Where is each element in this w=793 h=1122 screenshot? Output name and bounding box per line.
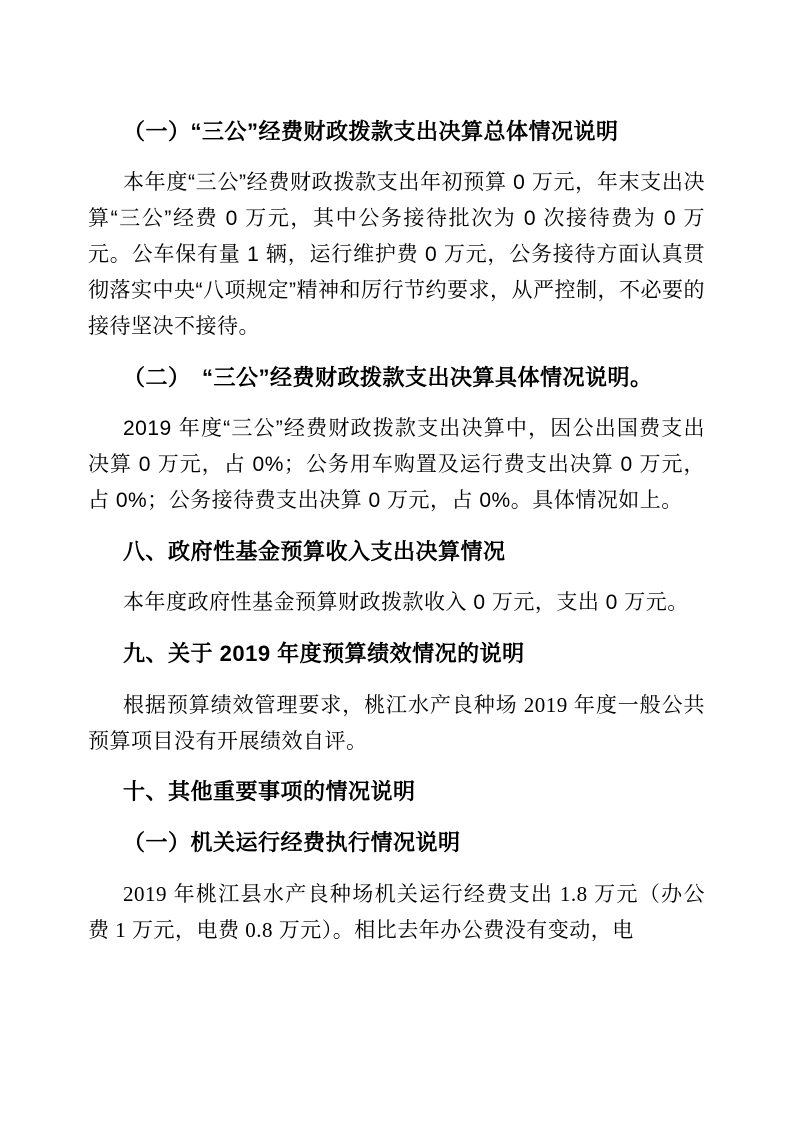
section-heading-8-government-fund: 八、政府性基金预算收入支出决算情况 [88,534,705,570]
section-heading-sangong-detail: （二） “三公”经费财政拨款支出决算具体情况说明。 [88,360,705,396]
paragraph-agency-operating-expenses: 2019 年桃江县水产良种场机关运行经费支出 1.8 万元（办公费 1 万元，电… [88,876,705,948]
paragraph-sangong-detail: 2019 年度“三公”经费财政拨款支出决算中，因公出国费支出决算 0 万元，占 … [88,411,705,519]
section-heading-agency-operating-expenses: （一）机关运行经费执行情况说明 [88,825,705,861]
paragraph-budget-performance: 根据预算绩效管理要求，桃江水产良种场 2019 年度一般公共预算项目没有开展绩效… [88,687,705,759]
section-heading-10-other-important-matters: 十、其他重要事项的情况说明 [88,774,705,810]
paragraph-sangong-overall: 本年度“三公”经费财政拨款支出年初预算 0 万元，年末支出决算“三公”经费 0 … [88,165,705,345]
section-heading-9-budget-performance: 九、关于 2019 年度预算绩效情况的说明 [88,636,705,672]
section-heading-sangong-overall: （一）“三公”经费财政拨款支出决算总体情况说明 [88,114,705,150]
document-page: （一）“三公”经费财政拨款支出决算总体情况说明 本年度“三公”经费财政拨款支出年… [0,0,793,1122]
paragraph-government-fund: 本年度政府性基金预算财政拨款收入 0 万元，支出 0 万元。 [88,585,705,621]
